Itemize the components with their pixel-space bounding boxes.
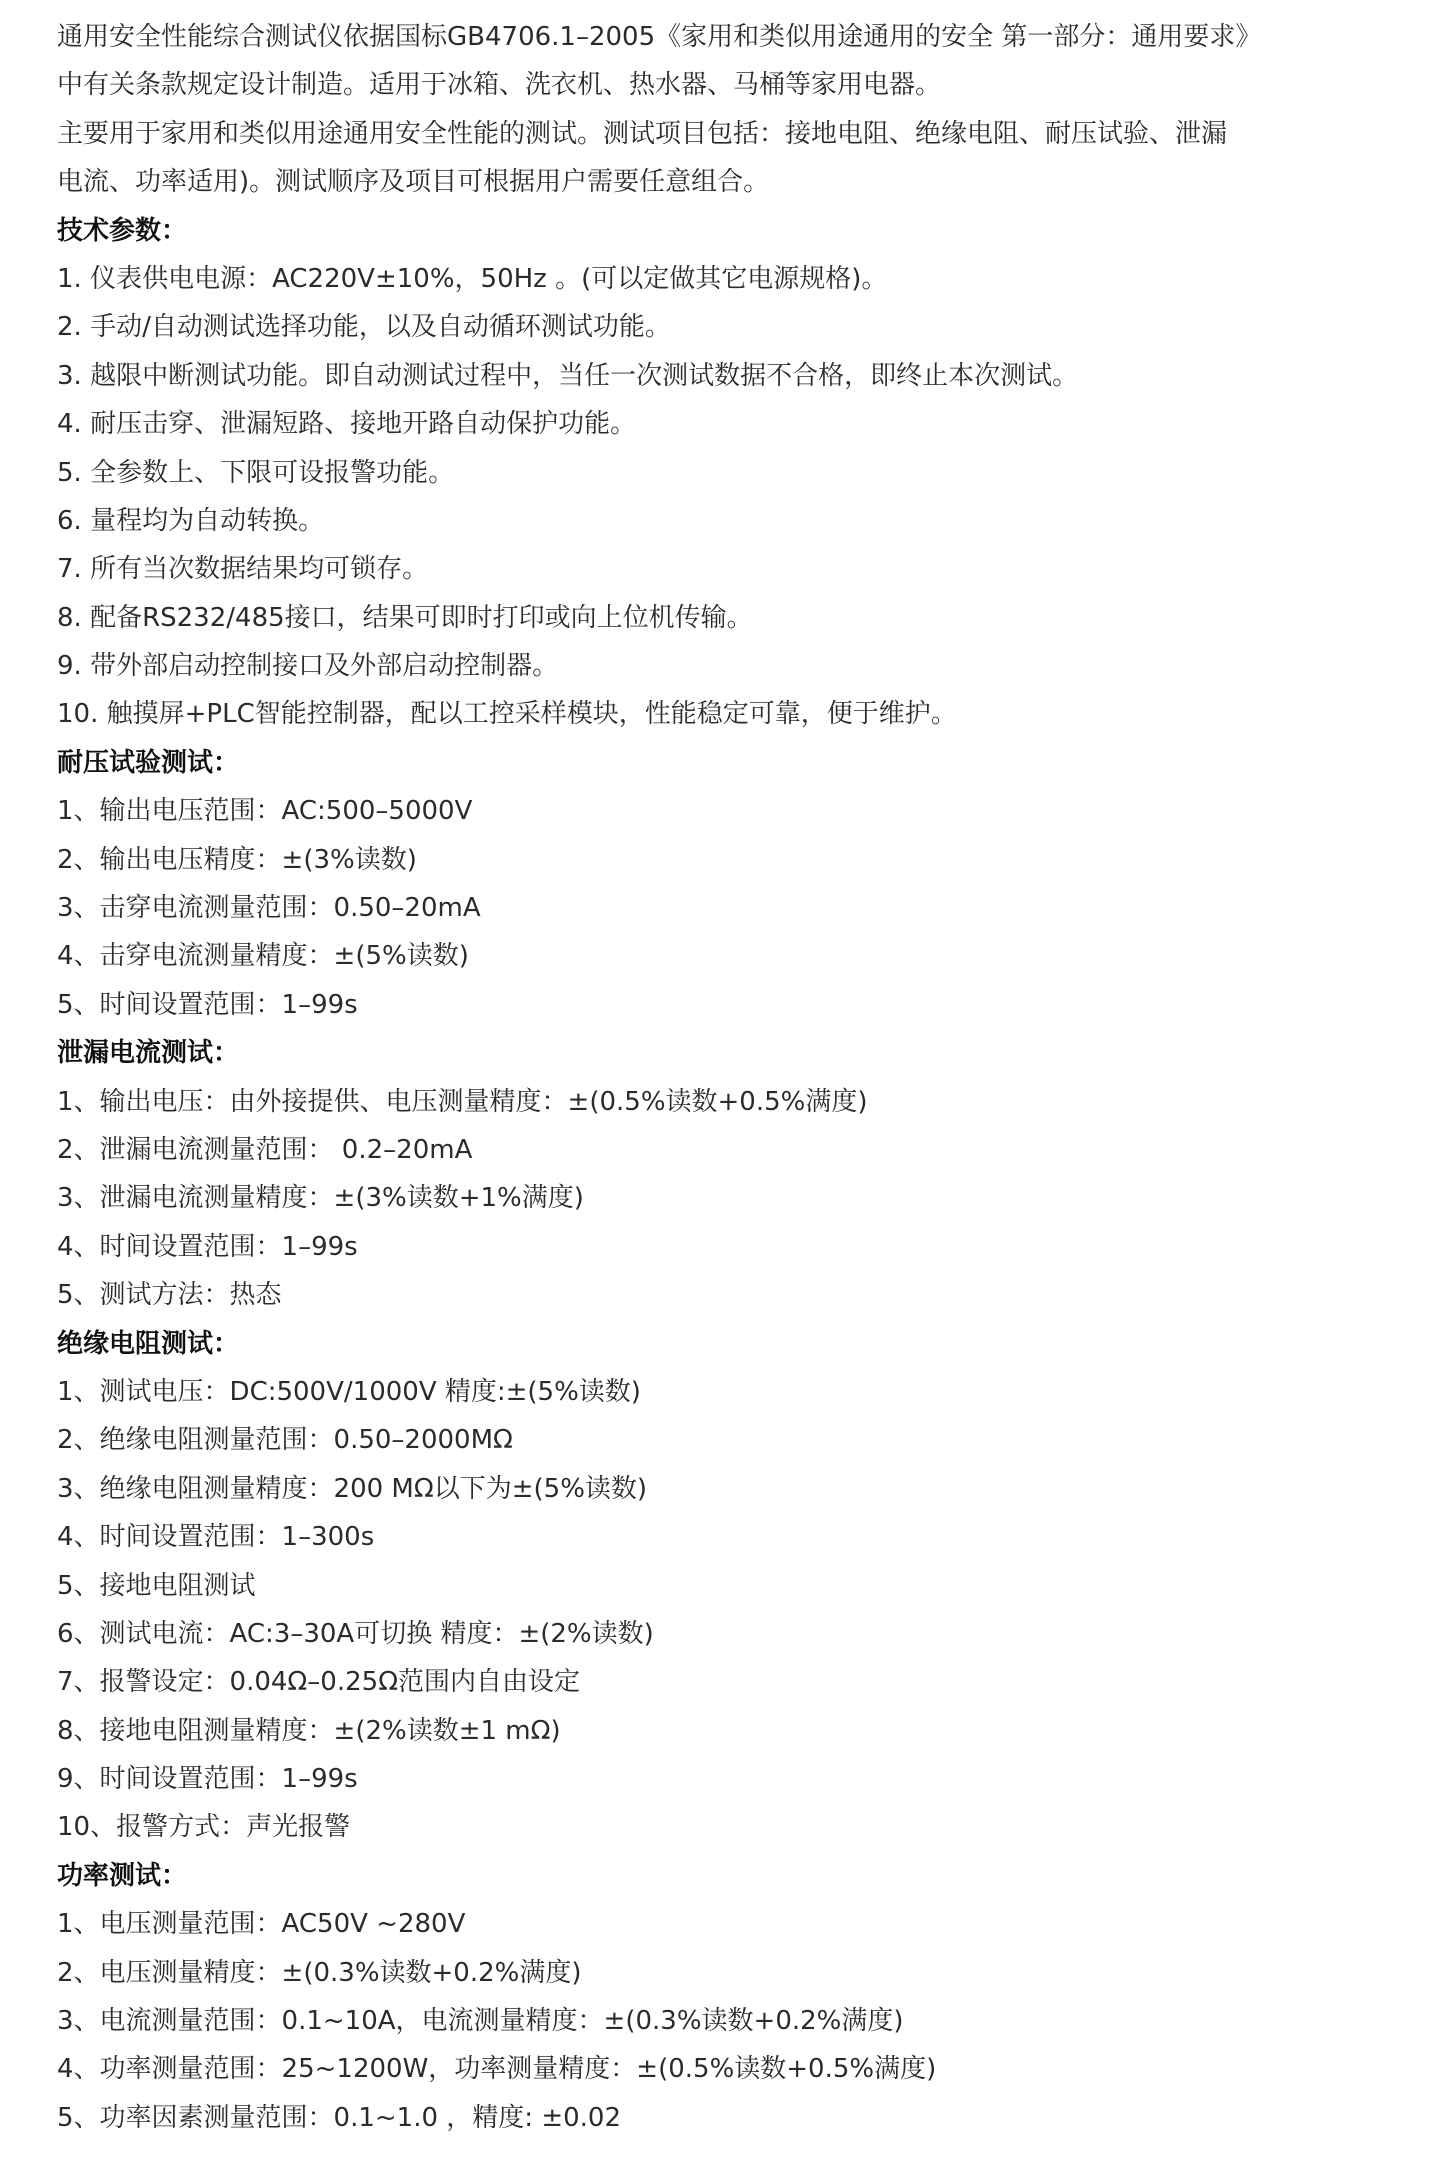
spec-item: 1、电压测量范围：AC50V ~280V (57, 1900, 1427, 1948)
spec-document: 通用安全性能综合测试仪依据国标GB4706.1–2005《家用和类似用途通用的安… (57, 13, 1427, 2142)
spec-item: 4、功率测量范围：25~1200W，功率测量精度：±(0.5%读数+0.5%满度… (57, 2045, 1427, 2093)
spec-item: 3、泄漏电流测量精度：±(3%读数+1%满度) (57, 1174, 1427, 1222)
spec-item: 6、测试电流：AC:3–30A可切换 精度：±(2%读数) (57, 1610, 1427, 1658)
spec-item: 6. 量程均为自动转换。 (57, 497, 1427, 545)
spec-item: 2、泄漏电流测量范围： 0.2–20mA (57, 1126, 1427, 1174)
spec-item: 8、接地电阻测量精度：±(2%读数±1 mΩ) (57, 1707, 1427, 1755)
section-heading: 功率测试： (57, 1852, 1427, 1900)
section-heading: 耐压试验测试： (57, 739, 1427, 787)
spec-item: 2. 手动/自动测试选择功能，以及自动循环测试功能。 (57, 303, 1427, 351)
spec-item: 8. 配备RS232/485接口，结果可即时打印或向上位机传输。 (57, 594, 1427, 642)
section-withstand-voltage: 耐压试验测试： 1、输出电压范围：AC:500–5000V 2、输出电压精度：±… (57, 739, 1427, 1029)
spec-item: 1. 仪表供电电源：AC220V±10%，50Hz 。(可以定做其它电源规格)。 (57, 255, 1427, 303)
spec-item: 4. 耐压击穿、泄漏短路、接地开路自动保护功能。 (57, 400, 1427, 448)
spec-item: 7、报警设定：0.04Ω–0.25Ω范围内自由设定 (57, 1658, 1427, 1706)
spec-item: 3、绝缘电阻测量精度：200 MΩ以下为±(5%读数) (57, 1465, 1427, 1513)
intro-line: 电流、功率适用)。测试顺序及项目可根据用户需要任意组合。 (57, 158, 1427, 206)
spec-item: 5、功率因素测量范围：0.1~1.0 ，精度: ±0.02 (57, 2094, 1427, 2142)
spec-item: 1、输出电压：由外接提供、电压测量精度：±(0.5%读数+0.5%满度) (57, 1078, 1427, 1126)
spec-item: 5、测试方法：热态 (57, 1271, 1427, 1319)
spec-item: 5、接地电阻测试 (57, 1562, 1427, 1610)
intro-line: 主要用于家用和类似用途通用安全性能的测试。测试项目包括：接地电阻、绝缘电阻、耐压… (57, 110, 1427, 158)
spec-item: 10. 触摸屏+PLC智能控制器，配以工控采样模块，性能稳定可靠，便于维护。 (57, 690, 1427, 738)
section-heading: 绝缘电阻测试： (57, 1320, 1427, 1368)
spec-item: 5. 全参数上、下限可设报警功能。 (57, 449, 1427, 497)
spec-item: 1、输出电压范围：AC:500–5000V (57, 787, 1427, 835)
intro-block: 通用安全性能综合测试仪依据国标GB4706.1–2005《家用和类似用途通用的安… (57, 13, 1427, 207)
section-heading: 技术参数： (57, 207, 1427, 255)
spec-item: 4、时间设置范围：1–99s (57, 1223, 1427, 1271)
spec-item: 4、时间设置范围：1–300s (57, 1513, 1427, 1561)
spec-item: 5、时间设置范围：1–99s (57, 981, 1427, 1029)
section-power-test: 功率测试： 1、电压测量范围：AC50V ~280V 2、电压测量精度：±(0.… (57, 1852, 1427, 2142)
section-insulation-resistance: 绝缘电阻测试： 1、测试电压：DC:500V/1000V 精度:±(5%读数) … (57, 1320, 1427, 1852)
spec-item: 7. 所有当次数据结果均可锁存。 (57, 545, 1427, 593)
spec-item: 1、测试电压：DC:500V/1000V 精度:±(5%读数) (57, 1368, 1427, 1416)
spec-item: 3. 越限中断测试功能。即自动测试过程中，当任一次测试数据不合格，即终止本次测试… (57, 352, 1427, 400)
section-heading: 泄漏电流测试： (57, 1029, 1427, 1077)
section-tech-params: 技术参数： 1. 仪表供电电源：AC220V±10%，50Hz 。(可以定做其它… (57, 207, 1427, 739)
spec-item: 10、报警方式：声光报警 (57, 1803, 1427, 1851)
section-leakage-current: 泄漏电流测试： 1、输出电压：由外接提供、电压测量精度：±(0.5%读数+0.5… (57, 1029, 1427, 1319)
spec-item: 2、绝缘电阻测量范围：0.50–2000MΩ (57, 1416, 1427, 1464)
intro-line: 中有关条款规定设计制造。适用于冰箱、洗衣机、热水器、马桶等家用电器。 (57, 61, 1427, 109)
spec-item: 9. 带外部启动控制接口及外部启动控制器。 (57, 642, 1427, 690)
spec-item: 4、击穿电流测量精度：±(5%读数) (57, 932, 1427, 980)
spec-item: 3、电流测量范围：0.1~10A，电流测量精度：±(0.3%读数+0.2%满度) (57, 1997, 1427, 2045)
intro-line: 通用安全性能综合测试仪依据国标GB4706.1–2005《家用和类似用途通用的安… (57, 13, 1427, 61)
spec-item: 2、输出电压精度：±(3%读数) (57, 836, 1427, 884)
spec-item: 2、电压测量精度：±(0.3%读数+0.2%满度) (57, 1949, 1427, 1997)
spec-item: 3、击穿电流测量范围：0.50–20mA (57, 884, 1427, 932)
spec-item: 9、时间设置范围：1–99s (57, 1755, 1427, 1803)
